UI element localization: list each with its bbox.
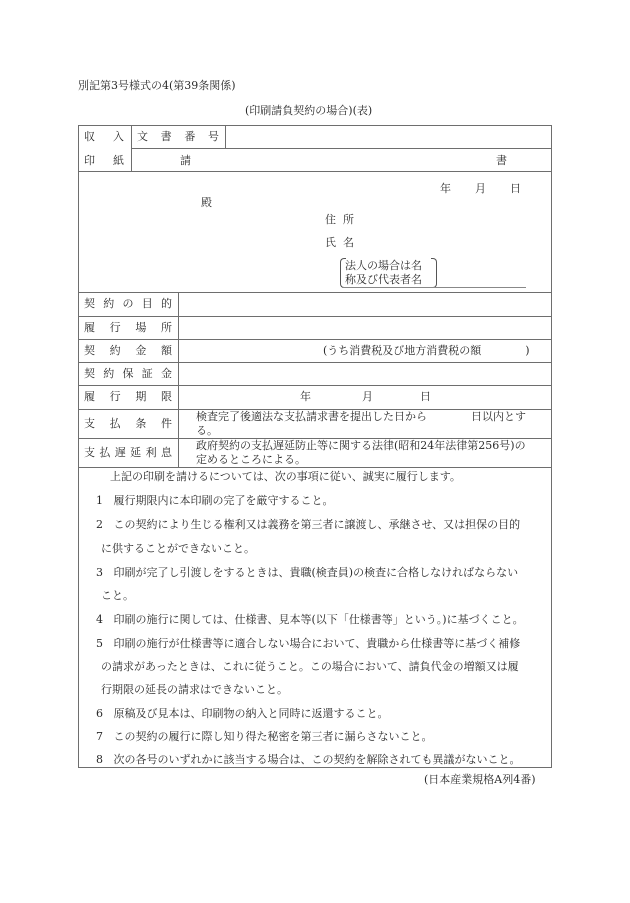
date-year-label: 年 — [440, 182, 451, 195]
deadline-year-label: 年 — [300, 390, 311, 403]
term-item-7: 7 この契約の履行に際し知り得た秘密を第三者に漏らさないこと。 — [96, 730, 433, 743]
row-label-payment-terms: 支払条件 — [84, 417, 172, 430]
delivery-place-field[interactable] — [180, 317, 550, 338]
form-title-right: 書 — [496, 154, 507, 167]
term-item-2-cont: に供することができないこと。 — [101, 542, 255, 555]
term-item-5: 5 印刷の施行が仕様書等に適合しない場合において、貴職から仕様書等に基づく補修 — [96, 637, 520, 650]
late-payment-line1: 政府契約の支払遅延防止等に関する法律(昭和24年法律第256号)の — [196, 439, 526, 452]
contract-purpose-field[interactable] — [180, 293, 550, 315]
term-item-5-cont2: 行期限の延長の請求はできないこと。 — [101, 683, 288, 696]
address-label: 住 所 — [325, 213, 354, 226]
contract-amount-field[interactable]: (うち消費税及び地方消費税の額 ) — [323, 344, 530, 357]
row-label-late-payment-interest: 支払遅延利息 — [84, 446, 172, 459]
date-month-label: 月 — [475, 182, 486, 195]
contract-deposit-field[interactable] — [180, 363, 550, 384]
payment-terms-line1: 検査完了後適法な支払請求書を提出した日から 日以内とす — [196, 410, 526, 423]
row-label-contract-deposit: 契約保証金 — [84, 367, 172, 380]
document-number-label: 文書番号 — [137, 130, 219, 143]
document-number-field[interactable] — [227, 127, 549, 147]
term-item-1: 1 履行期限内に本印刷の完了を厳守すること。 — [96, 494, 334, 507]
term-item-5-cont1: の請求があったときは、これに従うこと。この場合において、請負代金の増額又は履 — [101, 660, 519, 673]
term-item-6: 6 原稿及び見本は、印刷物の納入と同時に返還すること。 — [96, 707, 389, 720]
corporate-note-line1: 法人の場合は名 — [345, 259, 422, 272]
deadline-month-label: 月 — [362, 390, 373, 403]
corporate-note-line2: 称及び代表者名 — [345, 273, 422, 286]
row-label-contract-amount: 契約金額 — [84, 344, 172, 357]
term-item-4: 4 印刷の施行に関しては、仕様書、見本等(以下「仕様書等」という。)に基づくこと… — [96, 613, 524, 626]
row-label-delivery-place: 履行場所 — [84, 321, 172, 334]
term-item-8: 8 次の各号のいずれかに該当する場合は、この契約を解除されても異議がないこと。 — [96, 753, 521, 766]
paper-size-note: (日本産業規格A列4番) — [424, 773, 536, 786]
payment-terms-line2: る。 — [196, 424, 218, 437]
deadline-day-label: 日 — [420, 390, 431, 403]
form-id: 別記第3号様式の4(第39条関係) — [78, 79, 236, 92]
term-item-2: 2 この契約により生じる権利又は義務を第三者に譲渡し、承継させ、又は担保の目的 — [96, 518, 520, 531]
form-title-left: 請 — [180, 154, 191, 167]
term-item-3: 3 印刷が完了し引渡しをするときは、貴職(検査員)の検査に合格しなければならない — [96, 566, 518, 579]
late-payment-line2: 定めるところによる。 — [196, 453, 306, 466]
revenue-stamp-label-line2: 印紙 — [84, 154, 124, 167]
bracket-right — [431, 258, 437, 288]
term-item-3-cont: こと。 — [101, 589, 134, 602]
form-subtitle: (印刷請負契約の場合)(表) — [245, 104, 372, 117]
date-day-label: 日 — [510, 182, 521, 195]
row-label-delivery-deadline: 履行期限 — [84, 390, 172, 403]
addressee-honorific: 殿 — [201, 196, 212, 209]
row-label-contract-purpose: 契約の目的 — [84, 297, 172, 310]
signature-underline — [342, 287, 526, 288]
revenue-stamp-label-line1: 収入 — [84, 130, 124, 143]
terms-intro: 上記の印刷を請けるについては、次の事項に従い、誠実に履行します。 — [110, 470, 461, 483]
name-label: 氏 名 — [325, 236, 354, 249]
